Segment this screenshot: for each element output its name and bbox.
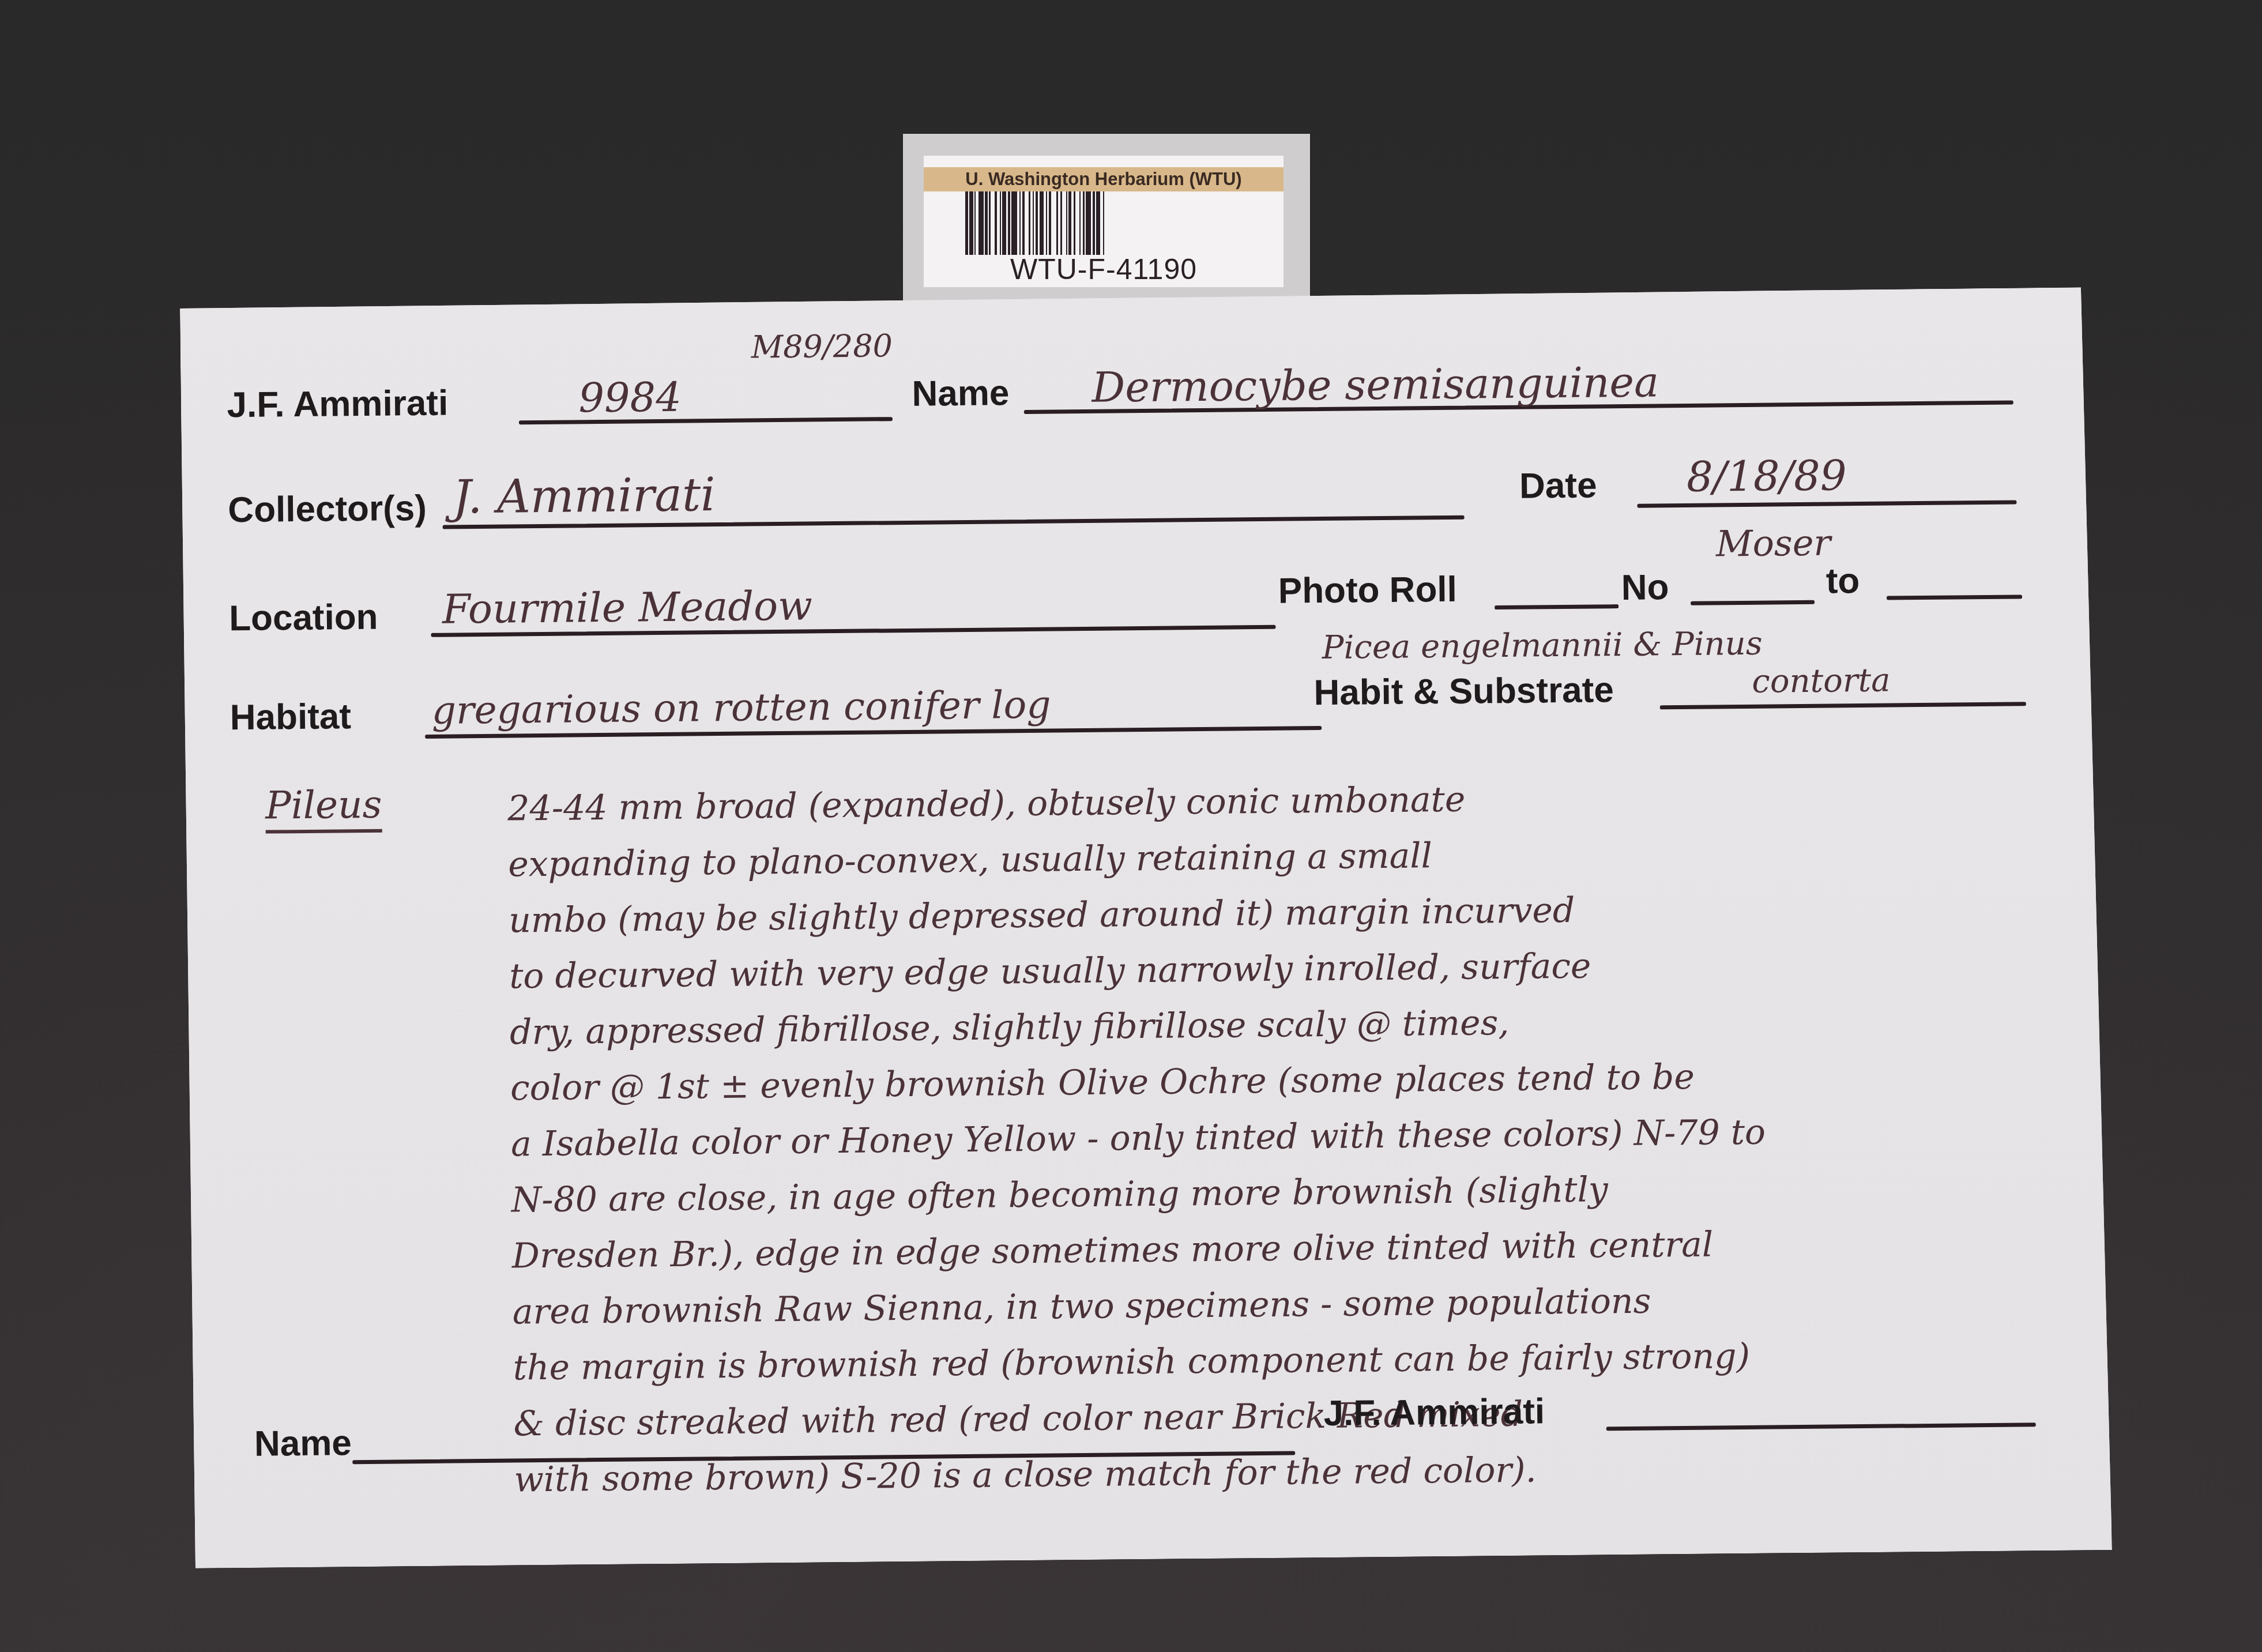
collectors-value: J. Ammirati	[453, 468, 716, 524]
date-value: 8/18/89	[1687, 451, 1847, 501]
habit-substrate-value-line2: contorta	[1752, 662, 1891, 701]
location-label: Location	[229, 597, 378, 639]
habitat-label: Habitat	[230, 696, 352, 738]
footer-collector-label: J.F. Ammirati	[1323, 1391, 1545, 1434]
barcode-label-inner: U. Washington Herbarium (WTU) WTU-F-4119…	[924, 156, 1284, 287]
to-label: to	[1826, 560, 1860, 602]
collector-number-label: J.F. Ammirati	[227, 383, 448, 426]
no-label: No	[1621, 567, 1669, 608]
no-value: Moser	[1716, 522, 1831, 565]
name-value: Dermocybe semisanguinea	[1092, 358, 1659, 411]
alt-number-value: M89/280	[751, 328, 893, 365]
barcode-label: U. Washington Herbarium (WTU) WTU-F-4119…	[903, 134, 1310, 307]
collection-card: J.F. Ammirati 9984 M89/280 Name Dermocyb…	[180, 287, 2112, 1568]
notes-heading: Pileus	[265, 782, 382, 834]
footer-name-label: Name	[254, 1423, 352, 1465]
habitat-value: gregarious on rotten conifer log	[431, 683, 1051, 733]
institution-band: U. Washington Herbarium (WTU)	[924, 167, 1284, 191]
name-label: Name	[912, 372, 1010, 415]
date-label: Date	[1519, 465, 1597, 506]
collector-number-value: 9984	[578, 374, 682, 422]
catalog-number: WTU-F-41190	[924, 253, 1284, 286]
habit-substrate-value-line1: Picea engelmannii & Pinus	[1322, 625, 1762, 667]
barcode-icon	[965, 191, 1248, 255]
habit-substrate-label: Habit & Substrate	[1313, 669, 1614, 713]
collectors-label: Collector(s)	[228, 488, 427, 530]
photo-roll-label: Photo Roll	[1278, 569, 1458, 612]
location-value: Fourmile Meadow	[442, 582, 813, 633]
description-notes: 24-44 mm broad (expanded), obtusely coni…	[507, 766, 2083, 1508]
